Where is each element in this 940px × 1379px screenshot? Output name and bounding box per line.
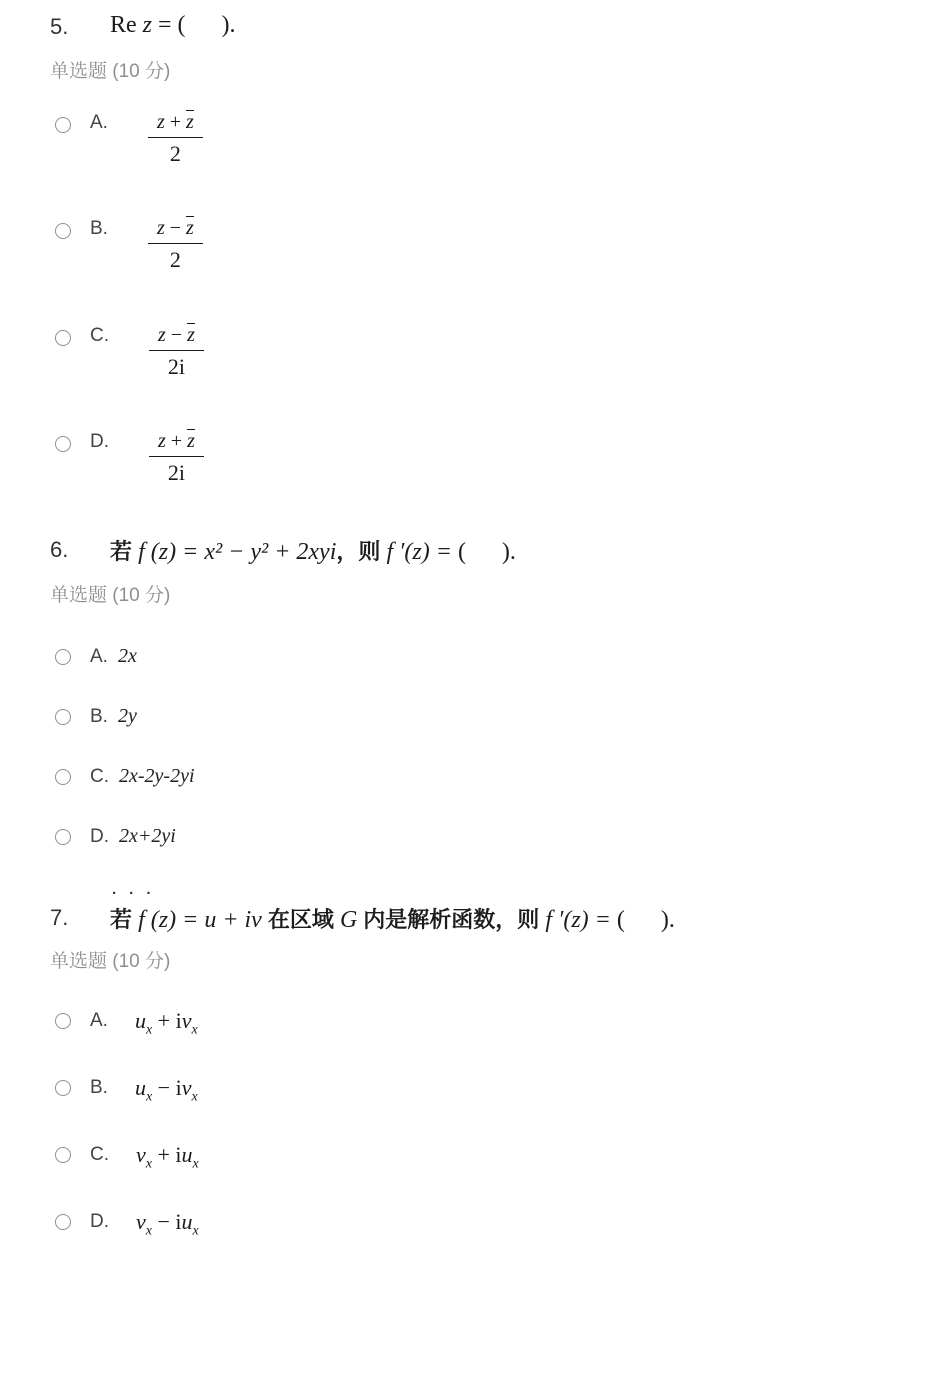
math-expression: f (z) = x² − y² + 2xyi <box>138 539 336 565</box>
minus-operator: − <box>165 217 186 239</box>
option-letter: C. <box>90 1144 109 1166</box>
question-number: 6. <box>50 535 110 563</box>
radio-q6-c[interactable] <box>55 769 71 785</box>
question-title-tail: ( ). <box>617 907 675 933</box>
option-row[interactable]: C. 2x-2y-2yi <box>50 765 940 788</box>
var-u: u <box>135 1075 146 1100</box>
var-z: z <box>157 111 165 133</box>
var-g: G <box>340 907 363 933</box>
option-row[interactable]: B. z − z 2 <box>50 216 940 272</box>
question-title-tail: ( ). <box>458 539 516 565</box>
fraction-denominator: 2 <box>170 138 181 166</box>
option-formula: 2x <box>118 645 137 668</box>
question-title-tail: = ( ). <box>152 12 236 38</box>
option-row[interactable]: A. 2x <box>50 645 940 668</box>
question-type-label: 单选题 (10 分) <box>50 580 940 607</box>
option-letter: C. <box>90 325 109 347</box>
options-list: A. 2x B. 2y C. 2x-2y-2yi D. 2x+2yi <box>50 645 940 848</box>
math-expression: f (z) = u + iv <box>138 907 268 933</box>
fraction-numerator: z − z <box>149 323 204 351</box>
question-7: · · · 7. 若 f (z) = u + iv 在区域 G 内是解析函数，则… <box>50 886 940 1235</box>
plus-operator: + <box>165 111 186 133</box>
option-formula: vx − iux <box>136 1209 199 1235</box>
var-z-conjugate: z <box>187 429 195 451</box>
subscript-x: x <box>191 1023 197 1038</box>
question-type-label: 单选题 (10 分) <box>50 946 940 973</box>
var-z-conjugate: z <box>187 323 195 345</box>
radio-q7-d[interactable] <box>55 1214 71 1230</box>
fraction-denominator: 2i <box>168 351 185 379</box>
question-5: 5. Re z = ( ). 单选题 (10 分) A. z + z 2 B. … <box>50 12 940 485</box>
option-letter: D. <box>90 431 109 453</box>
subscript-x: x <box>193 1224 199 1239</box>
fraction-denominator: 2i <box>168 457 185 485</box>
option-row[interactable]: B. 2y <box>50 705 940 728</box>
subscript-x: x <box>193 1157 199 1172</box>
var-z-conjugate: z <box>186 216 194 238</box>
radio-q6-d[interactable] <box>55 829 71 845</box>
option-formula: ux − ivx <box>135 1075 198 1101</box>
radio-q6-a[interactable] <box>55 649 71 665</box>
option-formula: vx + iux <box>136 1142 199 1168</box>
question-title: Re z = ( ). <box>110 12 236 39</box>
artifact-dots: · · · <box>112 886 940 901</box>
option-letter: D. <box>90 1211 109 1233</box>
operator: + i <box>152 1008 182 1033</box>
option-letter: C. <box>90 766 109 788</box>
option-letter: D. <box>90 826 109 848</box>
option-formula: 2x+2yi <box>119 825 176 848</box>
options-list: A. z + z 2 B. z − z 2 C. z − z 2i <box>50 110 940 485</box>
fraction-numerator: z − z <box>148 216 203 244</box>
fraction: z − z 2 <box>148 216 203 272</box>
operator: − i <box>152 1075 182 1100</box>
question-header: 5. Re z = ( ). <box>50 12 940 40</box>
minus-operator: − <box>166 324 187 346</box>
option-row[interactable]: D. 2x+2yi <box>50 825 940 848</box>
option-letter: B. <box>90 1077 108 1099</box>
question-title: 若 f (z) = u + iv 在区域 G 内是解析函数，则 f ′(z) =… <box>110 903 675 934</box>
option-letter: B. <box>90 706 108 728</box>
cn-text: ，则 <box>336 539 386 564</box>
option-formula: 2y <box>118 705 137 728</box>
var-v: v <box>136 1209 146 1234</box>
var-z: z <box>158 430 166 452</box>
fraction-numerator: z + z <box>148 110 203 138</box>
operator: + i <box>152 1142 182 1167</box>
var-z: z <box>143 12 152 38</box>
fraction: z + z 2 <box>148 110 203 166</box>
fraction-numerator: z + z <box>149 429 204 457</box>
option-row[interactable]: C. z − z 2i <box>50 323 940 379</box>
var-u: u <box>182 1142 193 1167</box>
var-v: v <box>182 1008 192 1033</box>
option-row[interactable]: D. z + z 2i <box>50 429 940 485</box>
option-letter: A. <box>90 112 108 134</box>
fraction: z + z 2i <box>149 429 204 485</box>
var-v: v <box>182 1075 192 1100</box>
var-z: z <box>158 324 166 346</box>
question-6: 6. 若 f (z) = x² − y² + 2xyi，则 f ′(z) = (… <box>50 535 940 848</box>
var-u: u <box>135 1008 146 1033</box>
radio-q7-c[interactable] <box>55 1147 71 1163</box>
cn-text: 若 <box>110 539 138 564</box>
radio-q6-b[interactable] <box>55 709 71 725</box>
var-z-conjugate: z <box>186 110 194 132</box>
var-v: v <box>136 1142 146 1167</box>
question-number: 7. <box>50 903 110 931</box>
operator: − i <box>152 1209 182 1234</box>
option-letter: A. <box>90 1010 108 1032</box>
option-row[interactable]: A. z + z 2 <box>50 110 940 166</box>
radio-q5-a[interactable] <box>55 117 71 133</box>
quiz-page: 5. Re z = ( ). 单选题 (10 分) A. z + z 2 B. … <box>0 0 940 1235</box>
option-letter: A. <box>90 646 108 668</box>
option-letter: B. <box>90 218 108 240</box>
question-header: 6. 若 f (z) = x² − y² + 2xyi，则 f ′(z) = (… <box>50 535 940 566</box>
option-row[interactable]: B. ux − ivx <box>50 1075 940 1101</box>
subscript-x: x <box>191 1090 197 1105</box>
math-derivative: f ′(z) = <box>387 539 458 565</box>
question-header: 7. 若 f (z) = u + iv 在区域 G 内是解析函数，则 f ′(z… <box>50 903 940 934</box>
fraction-denominator: 2 <box>170 244 181 272</box>
radio-q7-a[interactable] <box>55 1013 71 1029</box>
options-list: A. ux + ivx B. ux − ivx C. vx + iux D. v… <box>50 1008 940 1235</box>
radio-q5-c[interactable] <box>55 330 71 346</box>
radio-q7-b[interactable] <box>55 1080 71 1096</box>
plus-operator: + <box>166 430 187 452</box>
radio-q5-b[interactable] <box>55 223 71 239</box>
option-row[interactable]: D. vx − iux <box>50 1209 940 1235</box>
question-number: 5. <box>50 12 110 40</box>
option-formula: ux + ivx <box>135 1008 198 1034</box>
cn-text: 在区域 <box>268 907 340 932</box>
question-title: 若 f (z) = x² − y² + 2xyi，则 f ′(z) = ( ). <box>110 535 516 566</box>
option-formula: 2x-2y-2yi <box>119 765 195 788</box>
cn-text: 内是解析函数，则 <box>363 907 545 932</box>
fraction: z − z 2i <box>149 323 204 379</box>
option-row[interactable]: A. ux + ivx <box>50 1008 940 1034</box>
var-u: u <box>182 1209 193 1234</box>
math-derivative: f ′(z) = <box>545 907 616 933</box>
var-z: z <box>157 217 165 239</box>
option-row[interactable]: C. vx + iux <box>50 1142 940 1168</box>
math-re-label: Re <box>110 12 143 38</box>
question-type-label: 单选题 (10 分) <box>50 56 940 83</box>
cn-text: 若 <box>110 907 138 932</box>
radio-q5-d[interactable] <box>55 436 71 452</box>
